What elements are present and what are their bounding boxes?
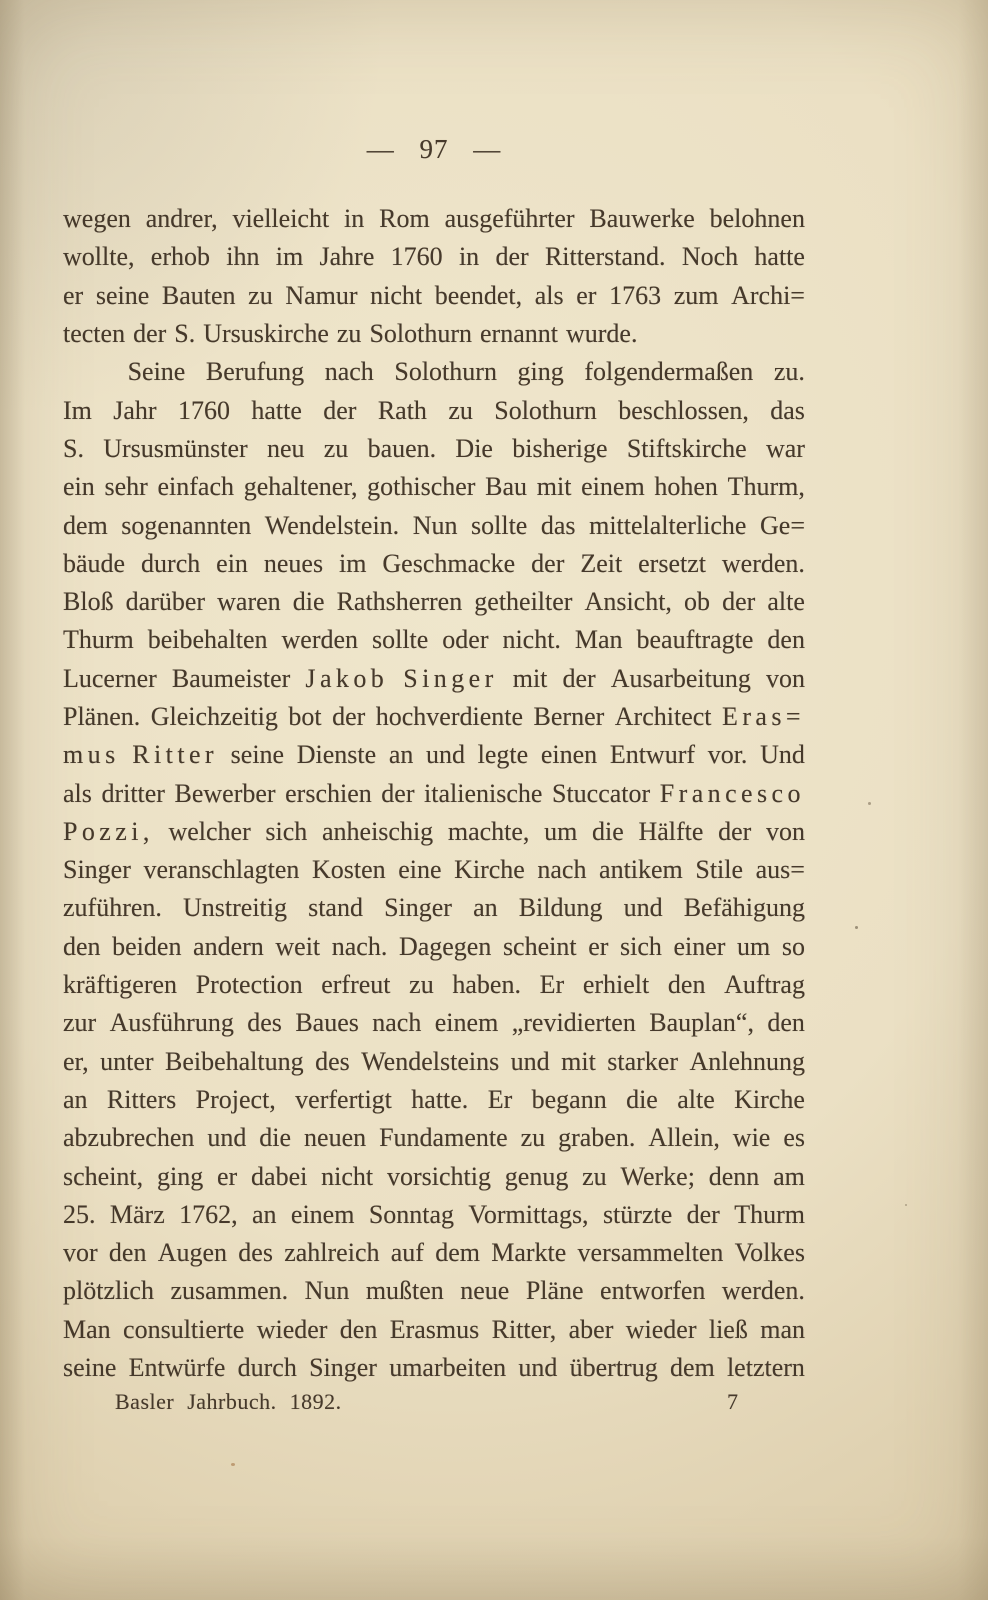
word: mit [513, 664, 548, 694]
word: Beibehaltung [165, 1047, 304, 1077]
word: den [767, 1008, 805, 1038]
word: sollte [471, 511, 527, 541]
word: Erasmus [390, 1315, 480, 1345]
word: des [315, 1047, 350, 1077]
word: der [718, 817, 751, 847]
word: umarbeiten [389, 1353, 506, 1383]
word: zu [448, 396, 473, 426]
word: gehaltener, [244, 472, 358, 502]
word: Ritterstand. [545, 242, 666, 272]
word: in [344, 204, 364, 234]
word: dem [670, 1353, 715, 1383]
word: entworfen [600, 1276, 705, 1306]
word: Ritter [132, 740, 218, 770]
word: als [63, 779, 92, 809]
word: im [339, 549, 366, 579]
word: war [766, 434, 805, 464]
text-line: zuführen.UnstreitigstandSingeranBildungu… [63, 889, 805, 927]
word: haben. [452, 970, 521, 1000]
word: und [624, 893, 663, 923]
word: und [207, 1123, 246, 1153]
word: waren [217, 587, 281, 617]
word: denn [709, 1162, 760, 1192]
word: erhob [151, 242, 210, 272]
word: und [511, 1047, 550, 1077]
word: und [426, 740, 465, 770]
word: er [217, 1162, 237, 1192]
word: Entwurf [610, 740, 695, 770]
word: Bloß [63, 587, 114, 617]
word: ging [518, 357, 564, 387]
word: Thurm, [728, 472, 805, 502]
word: hatte. [411, 1085, 468, 1115]
word: einem [581, 472, 645, 502]
word: italienische [424, 779, 542, 809]
word: consultierte [123, 1315, 244, 1345]
word: Project, [196, 1085, 276, 1115]
word: den [63, 932, 101, 962]
word: Markte [491, 1238, 566, 1268]
word: man [760, 1315, 805, 1345]
paper-speck [905, 1204, 907, 1206]
word: die [293, 587, 325, 617]
word: bauen. [368, 434, 437, 464]
word: beendet, [435, 281, 522, 311]
paper-speck [231, 1463, 235, 1466]
word: in [459, 242, 479, 272]
word: des [247, 1008, 282, 1038]
word: aus= [756, 855, 805, 885]
word: Auftrag [724, 970, 805, 1000]
word: „revidierten [512, 1008, 636, 1038]
word: S. [174, 319, 195, 349]
word: Hälfte [638, 817, 703, 847]
word: im [276, 242, 303, 272]
word: alte [677, 1085, 715, 1115]
text-line: Thurmbeibehaltenwerdensollteodernicht.Ma… [63, 621, 805, 659]
body-text: wegenandrer,vielleichtinRomausgeführterB… [63, 200, 805, 1387]
word: stand [308, 893, 363, 923]
word: beauftragte [637, 625, 754, 655]
word: alte [767, 587, 805, 617]
word: Singer [384, 893, 452, 923]
word: von [766, 817, 805, 847]
word: eine [398, 855, 441, 885]
word: zusammen. [170, 1276, 288, 1306]
word: am [773, 1162, 805, 1192]
word: um [737, 932, 770, 962]
word: Und [760, 740, 805, 770]
word: zuführen. [63, 893, 162, 923]
word: Archi= [731, 281, 805, 311]
word: sehr [104, 472, 147, 502]
text-line: ManconsultiertewiederdenErasmusRitter,ab… [63, 1311, 805, 1349]
word: Solothurn [394, 357, 497, 387]
word: an [389, 740, 414, 770]
word: Bildung [519, 893, 603, 923]
word: Er [488, 1085, 513, 1115]
word: Pläne [526, 1276, 584, 1306]
word: März [110, 1200, 165, 1230]
word: die [259, 1123, 291, 1153]
word: den [767, 625, 805, 655]
word: bisherige [512, 434, 607, 464]
word: ihn [226, 242, 259, 272]
word: dabei [251, 1162, 307, 1192]
word: belohnen [710, 204, 805, 234]
word: seine [63, 1353, 116, 1383]
word: gothischer [367, 472, 475, 502]
word: Ritter, [492, 1315, 557, 1345]
word: an [473, 893, 498, 923]
word: Ritters [107, 1085, 176, 1115]
word: starker [607, 1047, 678, 1077]
text-line: demsogenanntenWendelstein.Nunsolltedasmi… [63, 506, 805, 544]
text-line: kräftigerenProtectionerfreutzuhaben.Erer… [63, 966, 805, 1004]
word: Zeit [580, 549, 622, 579]
scanned-book-page: — 97 — wegenandrer,vielleichtinRomausgef… [0, 0, 988, 1600]
footer-imprint: Basler Jahrbuch. 1892. [115, 1389, 342, 1415]
word: mit [561, 1047, 596, 1077]
word: einem [435, 1008, 499, 1038]
word: übertrug [570, 1353, 658, 1383]
text-line: anRittersProject,verfertigthatte.Erbegan… [63, 1081, 805, 1119]
text-line: plötzlichzusammen.NunmußtenneuePläneentw… [63, 1272, 805, 1310]
page-number: — 97 — [63, 134, 805, 165]
word: zur [63, 1008, 96, 1038]
word: Architect [615, 702, 712, 732]
word: werden. [722, 549, 805, 579]
word: Namur [285, 281, 357, 311]
word: Jakob [305, 664, 388, 694]
word: S. [63, 434, 84, 464]
text-line: S.Ursusmünsterneuzubauen.DiebisherigeSti… [63, 430, 805, 468]
word: Bauten [162, 281, 236, 311]
word: hochverdiente [376, 702, 523, 732]
word: sollte [372, 625, 428, 655]
word: zu [409, 970, 434, 1000]
word: stürzte [603, 1200, 672, 1230]
word: oder [442, 625, 488, 655]
word: Kirche [734, 1085, 805, 1115]
text-line: SingerveranschlagtenKosteneineKirchenach… [63, 851, 805, 889]
word: andrer, [146, 204, 218, 234]
word: die [626, 1085, 658, 1115]
word: hohen [654, 472, 718, 502]
word: Im [63, 396, 92, 426]
word: so [782, 932, 805, 962]
paper-speck [855, 926, 858, 929]
word: Rom [379, 204, 430, 234]
word: nach. [332, 932, 388, 962]
word: wieder [257, 1315, 328, 1345]
word: genug [505, 1162, 569, 1192]
word: Thurm [63, 625, 134, 655]
word: Dagegen [399, 932, 491, 962]
word: dem [435, 1238, 480, 1268]
word: vielleicht [232, 204, 329, 234]
word: Werke; [621, 1162, 695, 1192]
word: Thurm [734, 1200, 805, 1230]
word: machte, [448, 817, 530, 847]
word: der [722, 587, 755, 617]
page-footer: Basler Jahrbuch. 1892. 7 [63, 1389, 805, 1423]
word: einer [673, 932, 725, 962]
word: des [238, 1238, 273, 1268]
paper-speck [868, 802, 871, 805]
word: von [766, 664, 805, 694]
word: Ursuskirche [203, 319, 329, 349]
word: Nun [305, 1276, 350, 1306]
text-line: Plänen.GleichzeitigbotderhochverdienteBe… [63, 698, 805, 736]
word: Ge= [760, 511, 805, 541]
word: Noch [682, 242, 738, 272]
word: ging [157, 1162, 203, 1192]
word: Kosten [312, 855, 386, 885]
text-line: erseineBautenzuNamurnichtbeendet,alser17… [63, 277, 805, 315]
word: Man [575, 625, 623, 655]
word: tecten [63, 319, 125, 349]
word: Pozzi, [63, 817, 154, 847]
text-line: ImJahr1760hattederRathzuSolothurnbeschlo… [63, 391, 805, 429]
word: sich [265, 817, 307, 847]
word: anheischig [322, 817, 433, 847]
word: Ausführung [110, 1008, 234, 1038]
word: einfach [158, 472, 235, 502]
text-line: BloßdarüberwarendieRathsherrengetheilter… [63, 583, 805, 621]
word: graben. [558, 1123, 635, 1153]
word: Dienste [297, 740, 376, 770]
word: kräftigeren [63, 970, 177, 1000]
text-line: alsdritterBewerbererschienderitalienisch… [63, 774, 805, 812]
word: zu [324, 434, 349, 464]
word: auf [391, 1238, 424, 1268]
word: werden. [722, 1276, 805, 1306]
word: das [541, 511, 576, 541]
word: Nun [413, 511, 458, 541]
word: um [544, 817, 577, 847]
word: der [687, 1200, 720, 1230]
word: er [63, 281, 83, 311]
word: Wendelsteins [361, 1047, 499, 1077]
word: Kirche [454, 855, 525, 885]
word: beiden [112, 932, 181, 962]
word: Lucerner [63, 664, 157, 694]
word: Stile [695, 855, 743, 885]
word: mußten [366, 1276, 444, 1306]
word: scheint [503, 932, 577, 962]
word: bot [288, 702, 321, 732]
word: Anlehnung [689, 1047, 805, 1077]
word: vor. [708, 740, 748, 770]
word: scheint, [63, 1162, 143, 1192]
word: hatte [754, 242, 805, 272]
word: antikem [599, 855, 683, 885]
word: Berner [534, 702, 605, 732]
footer-signature-number: 7 [727, 1389, 738, 1415]
word: nach [537, 855, 586, 885]
word: Er [540, 970, 565, 1000]
word: Jahre [320, 242, 375, 272]
word: der [332, 702, 365, 732]
word: durch [141, 549, 200, 579]
word: zu [248, 281, 273, 311]
text-line: zurAusführungdesBauesnacheinem„revidiert… [63, 1004, 805, 1042]
word: neues [264, 549, 323, 579]
word: Bewerber [175, 779, 276, 809]
word: ersetzt [638, 549, 706, 579]
word: ob [684, 587, 710, 617]
word: Wendelstein. [265, 511, 399, 541]
word: es [783, 1123, 805, 1153]
word: getheilter [474, 587, 572, 617]
word: 25. [63, 1200, 96, 1230]
word: mittelalterliche [589, 511, 746, 541]
word: der [531, 549, 564, 579]
word: neuen [304, 1123, 366, 1153]
word: Singer [63, 855, 131, 885]
word: er [588, 932, 608, 962]
word: Vormittags, [468, 1200, 588, 1230]
word: bäude [63, 549, 125, 579]
text-line: SeineBerufungnachSolothurngingfolgenderm… [63, 353, 805, 391]
word: den [340, 1315, 378, 1345]
word: den [668, 970, 706, 1000]
word: an [252, 1200, 277, 1230]
word: ein [63, 472, 95, 502]
word: Baumeister [172, 664, 290, 694]
text-line: LucernerBaumeisterJakobSingermitderAusar… [63, 660, 805, 698]
word: 1763 [609, 281, 661, 311]
text-line: er,unterBeibehaltungdesWendelsteinsundmi… [63, 1043, 805, 1081]
word: nicht [370, 281, 422, 311]
word: ausgeführter [445, 204, 575, 234]
word: erfreut [321, 970, 390, 1000]
word: zum [674, 281, 719, 311]
word: als [535, 281, 564, 311]
word: wieder [626, 1315, 697, 1345]
word: zu [521, 1123, 546, 1153]
word: der [323, 396, 356, 426]
word: dritter [101, 779, 165, 809]
word: Allein, [648, 1123, 720, 1153]
text-line: abzubrechenunddieneuenFundamentezugraben… [63, 1119, 805, 1157]
word: folgendermaßen [584, 357, 753, 387]
word: Solothurn [369, 319, 472, 349]
word: Befähigung [684, 893, 805, 923]
word: Bauwerke [589, 204, 694, 234]
word: nach [372, 1008, 421, 1038]
text-line: Pozzi,welchersichanheischigmachte,umdieH… [63, 813, 805, 851]
word: werden [282, 625, 359, 655]
text-line: scheint,gingerdabeinichtvorsichtiggenugz… [63, 1157, 805, 1195]
text-line: musRitterseineDiensteanundlegteeinenEntw… [63, 736, 805, 774]
word: er, [63, 1047, 89, 1077]
word: Plänen. [63, 702, 140, 732]
word: letztern [727, 1353, 805, 1383]
word: Bauplan“, [649, 1008, 754, 1038]
word: nicht [321, 1162, 373, 1192]
word: Man [63, 1315, 111, 1345]
word: aber [569, 1315, 614, 1345]
word: den [109, 1238, 147, 1268]
word: der [381, 779, 414, 809]
word: Sonntag [369, 1200, 454, 1230]
word: 1762, [179, 1200, 238, 1230]
word: Francesco [660, 779, 805, 809]
word: seine [231, 740, 284, 770]
word: der [133, 319, 166, 349]
word: erschien [285, 779, 372, 809]
text-line: denbeidenandernweitnach.Dagegenscheinter… [63, 928, 805, 966]
word: Bau [485, 472, 527, 502]
word: an [63, 1085, 88, 1115]
word: mus [63, 740, 120, 770]
word: Gleichzeitig [151, 702, 278, 732]
word: erhielt [583, 970, 649, 1000]
word: andern [193, 932, 264, 962]
word: Fundamente [379, 1123, 508, 1153]
text-line: wollte,erhobihnimJahre1760inderRittersta… [63, 238, 805, 276]
word: wegen [63, 204, 131, 234]
word: veranschlagten [143, 855, 299, 885]
word: welcher [168, 817, 250, 847]
text-line: vordenAugendeszahlreichaufdemMarkteversa… [63, 1234, 805, 1272]
word: Jahr [113, 396, 156, 426]
word: Ursusmünster [103, 434, 247, 464]
word: neue [460, 1276, 509, 1306]
word: dem [63, 511, 108, 541]
word: unter [100, 1047, 153, 1077]
word: Singer [403, 664, 497, 694]
word: sogenannten [121, 511, 251, 541]
word: verfertigt [295, 1085, 392, 1115]
text-line: wegenandrer,vielleichtinRomausgeführterB… [63, 200, 805, 238]
word: durch [238, 1353, 297, 1383]
word: neu [267, 434, 305, 464]
word: Seine [128, 357, 186, 387]
word: weit [275, 932, 320, 962]
word: wollte, [63, 242, 135, 272]
word: er [576, 281, 596, 311]
word: vor [63, 1238, 98, 1268]
word: Volkes [735, 1238, 805, 1268]
text-line: einsehreinfachgehaltener,gothischerBaumi… [63, 468, 805, 506]
word: Baues [295, 1008, 359, 1038]
word: ließ [709, 1315, 748, 1345]
word: beschlossen, [618, 396, 749, 426]
text-line: 25.März1762,aneinemSonntagVormittags,stü… [63, 1196, 805, 1234]
word: beibehalten [148, 625, 268, 655]
word: der [562, 664, 595, 694]
word: sich [620, 932, 662, 962]
word: seine [96, 281, 149, 311]
word: 1760 [391, 242, 443, 272]
word: der [495, 242, 528, 272]
word: Berufung [206, 357, 304, 387]
word: Stiftskirche [627, 434, 747, 464]
word: begann [532, 1085, 607, 1115]
word: das [770, 396, 805, 426]
word: zu. [774, 357, 805, 387]
word: Augen [158, 1238, 227, 1268]
word: und [518, 1353, 557, 1383]
word: Stuccator [552, 779, 650, 809]
word: zu [582, 1162, 607, 1192]
word: wurde. [566, 319, 637, 349]
word: Eras= [722, 702, 805, 732]
text-line: seineEntwürfedurchSingerumarbeitenundübe… [63, 1349, 805, 1387]
